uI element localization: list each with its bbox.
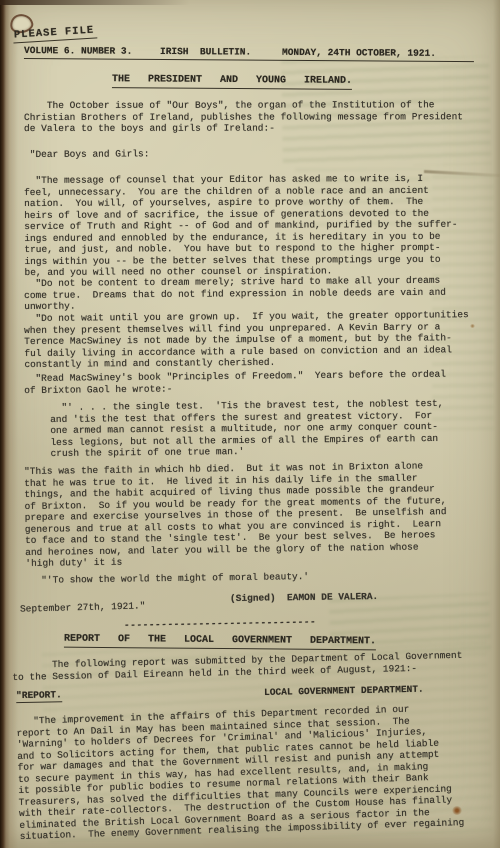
document-page: PLEASE FILE VOLUME 6. NUMBER 3. IRISH BU… — [0, 0, 500, 848]
message-paragraph-1: "The message of counsel that your Editor… — [24, 172, 491, 278]
department-label: LOCAL GOVERNMENT DEPARTMENT. — [264, 683, 424, 698]
masthead-volume: VOLUME 6. NUMBER 3. — [24, 45, 132, 57]
message-paragraph-6: "'To show the world the might of moral b… — [24, 568, 490, 586]
report-heading: REPORT OF THE LOCAL GOVERNMENT DEPARTMEN… — [64, 634, 376, 650]
article-heading: THE PRESIDENT AND YOUNG IRELAND. — [112, 74, 352, 89]
section-separator: ------------------------------- — [124, 616, 316, 631]
message-paragraph-4: "Read MacSwiney's book "Principles of Fr… — [24, 368, 490, 396]
top-edge-shadow — [0, 0, 190, 5]
report-label: "REPORT. — [16, 689, 62, 702]
report-section: REPORT OF THE LOCAL GOVERNMENT DEPARTMEN… — [24, 635, 490, 842]
message-paragraph-3: "Do not wait until you are grown up. If … — [24, 308, 490, 370]
masthead-date: MONDAY, 24TH OCTOBER, 1921. — [282, 47, 436, 60]
signature-row: (Signed) EAMON DE VALERA. September 27th… — [24, 592, 490, 616]
signature-date: September 27th, 1921." — [20, 600, 146, 615]
report-body: "The improvement in the affairs of this … — [16, 701, 494, 842]
signed-line: (Signed) EAMON DE VALERA. — [230, 590, 378, 604]
message-paragraph-2: "Do not be content to dream merely; stri… — [24, 274, 490, 312]
message-paragraph-5: "This was the faith in which hb died. Bu… — [24, 459, 491, 569]
salutation: "Dear Boys and Girls: — [24, 147, 490, 161]
report-intro: The following report was submitted by th… — [12, 649, 490, 683]
masthead-title: IRISH BULLETIN. — [160, 46, 251, 58]
document-body: VOLUME 6. NUMBER 3. IRISH BULLETIN. MOND… — [24, 45, 490, 842]
macswiney-quote-block: "' . . . the single test. 'Tis the brave… — [50, 398, 461, 460]
report-label-row: "REPORT. LOCAL GOVERNMENT DEPARTMENT. — [24, 680, 490, 704]
article-president-and-young-ireland: THE PRESIDENT AND YOUNG IRELAND. The Oct… — [24, 59, 490, 616]
intro-paragraph: The October issue of "Our Boys", the org… — [24, 99, 490, 134]
right-edge-shadow — [493, 0, 500, 848]
